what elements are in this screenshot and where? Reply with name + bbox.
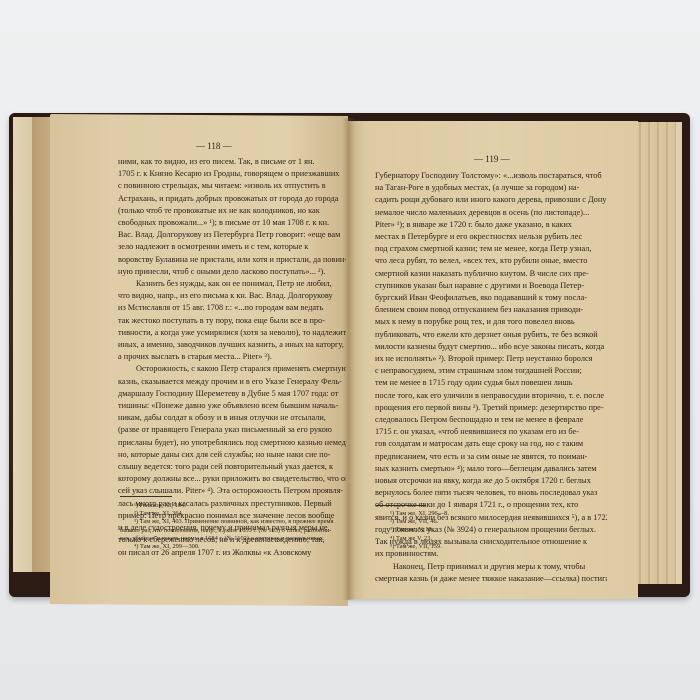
left-page-number: — 118 —	[196, 141, 232, 151]
text-line: садить рощи дубоваго или иного какого де…	[375, 194, 607, 206]
text-line: немалое число маленьких деревцов в осень…	[375, 207, 607, 219]
footnote: ках, убийцах и искать нормы в 1684 г. (№…	[120, 535, 345, 543]
footnote: ⁵) Там же, VII, 159.	[390, 543, 590, 551]
text-line: Наконец, Петр принимал и другия меры к т…	[375, 561, 607, 573]
footnote: ³) Там же, XI, 403. Применение повинной,…	[120, 518, 345, 526]
text-line: блением своим повод отпусканием без нака…	[375, 304, 607, 316]
text-line: с повинною стрельцах, мы читаем: «изволь…	[118, 180, 346, 192]
text-line: (только чтоб те провожатые их не как кол…	[118, 205, 346, 217]
text-line: под страхом смертной казни; тем не менее…	[375, 243, 607, 255]
left-footnotes: ¹) Голиков, XI, 104. ²) Там же, XI, 364.…	[120, 502, 345, 551]
footnote: ²) Там же, VII, 46.	[390, 518, 590, 526]
text-line: Казнить без нужды, как он ее понимал, Пе…	[118, 278, 346, 290]
footnote: ²) Там же, XI, 364.	[120, 510, 345, 518]
text-line: Губернатору Господину Толстому»: «...изв…	[375, 170, 607, 182]
text-line: вернулось более пяти тысяч человек, то в…	[375, 487, 607, 499]
text-line: прощения его первой вины ³). Третий прим…	[375, 402, 607, 414]
text-line: свободных провожали...» ¹); в письме от …	[118, 217, 346, 229]
text-line: их не исполнять» ²). Второй пример: Петр…	[375, 353, 607, 365]
text-line: воровству Булавина не пристали, или хотя…	[118, 254, 346, 266]
footnote: бывало раз, что помилованы, напр., в ука…	[120, 527, 345, 535]
text-line: местах в Петербурге и его окрестностях н…	[375, 231, 607, 243]
text-line: бургский Иван Феофилатьев, яко подававши…	[375, 292, 607, 304]
page-block-edge-right-front	[676, 122, 682, 584]
text-line: на Таган-Роге в удобных местах, (а лучше…	[375, 182, 607, 194]
text-line: слышу ведется: того ради сей повторитель…	[118, 461, 346, 473]
text-line: гов солдатам и матросам дать еще сроку н…	[375, 438, 607, 450]
text-line: (разве от правящего Генерала указ письме…	[118, 424, 346, 436]
text-line: следовалось Петром беспощадно и тем не м…	[375, 414, 607, 426]
text-line: смертная казнь (и даже менее тяжкое нака…	[375, 573, 607, 585]
text-line: которому должны все... руки приложить во…	[118, 473, 346, 485]
text-line: дмаршалу Господину Шереметеву в Дубне 5 …	[118, 388, 346, 400]
text-line: ступников указан был наравне с другими и…	[375, 280, 607, 292]
text-line: Piter» ¹); в январе же 1720 г. было даже…	[375, 219, 607, 231]
footnote: ⁴) Там же V, 23.	[390, 535, 590, 543]
text-line: казнь, сказывается между прочим и в его …	[118, 376, 346, 388]
text-line: зело надлежит в осмотрении иметь и с тем…	[118, 241, 346, 253]
text-line: новыя отсрочки на явку, когда же до 5 ок…	[375, 475, 607, 487]
text-line: после того, как его уличили в неправосуд…	[375, 390, 607, 402]
text-line: так жестоко поступать в ту пору, пока ещ…	[118, 315, 346, 327]
text-line: а прочих выслать в старыя места... Piter…	[118, 351, 346, 363]
right-page-number: — 119 —	[474, 154, 510, 164]
left-page-body: ними, как то видно, из его писем. Так, в…	[118, 156, 346, 559]
text-line: ную принесли, чтоб с оными дело ласково …	[118, 266, 346, 278]
page-block-edge-left-inner	[32, 117, 52, 572]
footnote: ¹) Там же, XI, 296—8.	[390, 510, 590, 518]
text-line: из Мстиславля от 15 авг. 1708 г.: «...по…	[118, 302, 346, 314]
right-footnote-rule	[376, 505, 426, 506]
text-line: что видно, напр., из его письма к кн. Ва…	[118, 290, 346, 302]
text-line: никам, дабы солдат к обозу и в иныя отлу…	[118, 412, 346, 424]
text-line: тишины: «Понеже давно уже объявлено всем…	[118, 400, 346, 412]
text-line: 1715 г. он указал, «чтоб неявившиеся по …	[375, 426, 607, 438]
footnote: ¹) Голиков, XI, 104.	[120, 502, 345, 510]
right-footnotes: ¹) Там же, XI, 296—8. ²) Там же, VII, 46…	[390, 510, 590, 551]
text-line: Астрахань, и придать добрых провожатых о…	[118, 193, 346, 205]
page-block-edge-right	[636, 122, 680, 584]
text-line: Осторожность, с какою Петр старался прим…	[118, 363, 346, 375]
text-line: Вас. Влад. Долгорукову из Петербурга Пет…	[118, 229, 346, 241]
page-block-edge-left	[13, 117, 33, 572]
text-line: ними, как то видно, из его писем. Так, в…	[118, 156, 346, 168]
text-line: иных, а именно, заводчиков лучших казнит…	[118, 339, 346, 351]
text-line: но, которые даны сих для сей службы; но …	[118, 449, 346, 461]
text-line: с неправосудием, этим страшным злом тогд…	[375, 365, 607, 377]
text-line: присланы будет), но употреблялись под см…	[118, 437, 346, 449]
text-line: милости казнены будут смертию... ибо всу…	[375, 341, 607, 353]
text-line: тивности, а когда уже усмирялися (хотя з…	[118, 327, 346, 339]
text-line: что леса рубят, то велел, «всех тех, кто…	[375, 255, 607, 267]
text-line: 1705 г. к Князю Кесарю из Гродны, говоря…	[118, 168, 346, 180]
text-line: публиковать, что ежели кто дерзнет оныя …	[375, 329, 607, 341]
footnote: ⁴) Там же, XI, 299—300.	[120, 543, 345, 551]
text-line: ных казнить смертью» ⁴); мало того—бегле…	[375, 463, 607, 475]
text-line: смертной казни наказать публично кнутом.…	[375, 268, 607, 280]
text-line: тем не менее в 1715 году один судья был …	[375, 377, 607, 389]
left-footnote-rule	[120, 496, 172, 497]
text-line: мых к нему в порубке рощ тех, и для того…	[375, 316, 607, 328]
footnote: ³) Там же, V, 18.	[390, 526, 590, 534]
text-line: предписанием, что есть и за сим оные не …	[375, 451, 607, 463]
